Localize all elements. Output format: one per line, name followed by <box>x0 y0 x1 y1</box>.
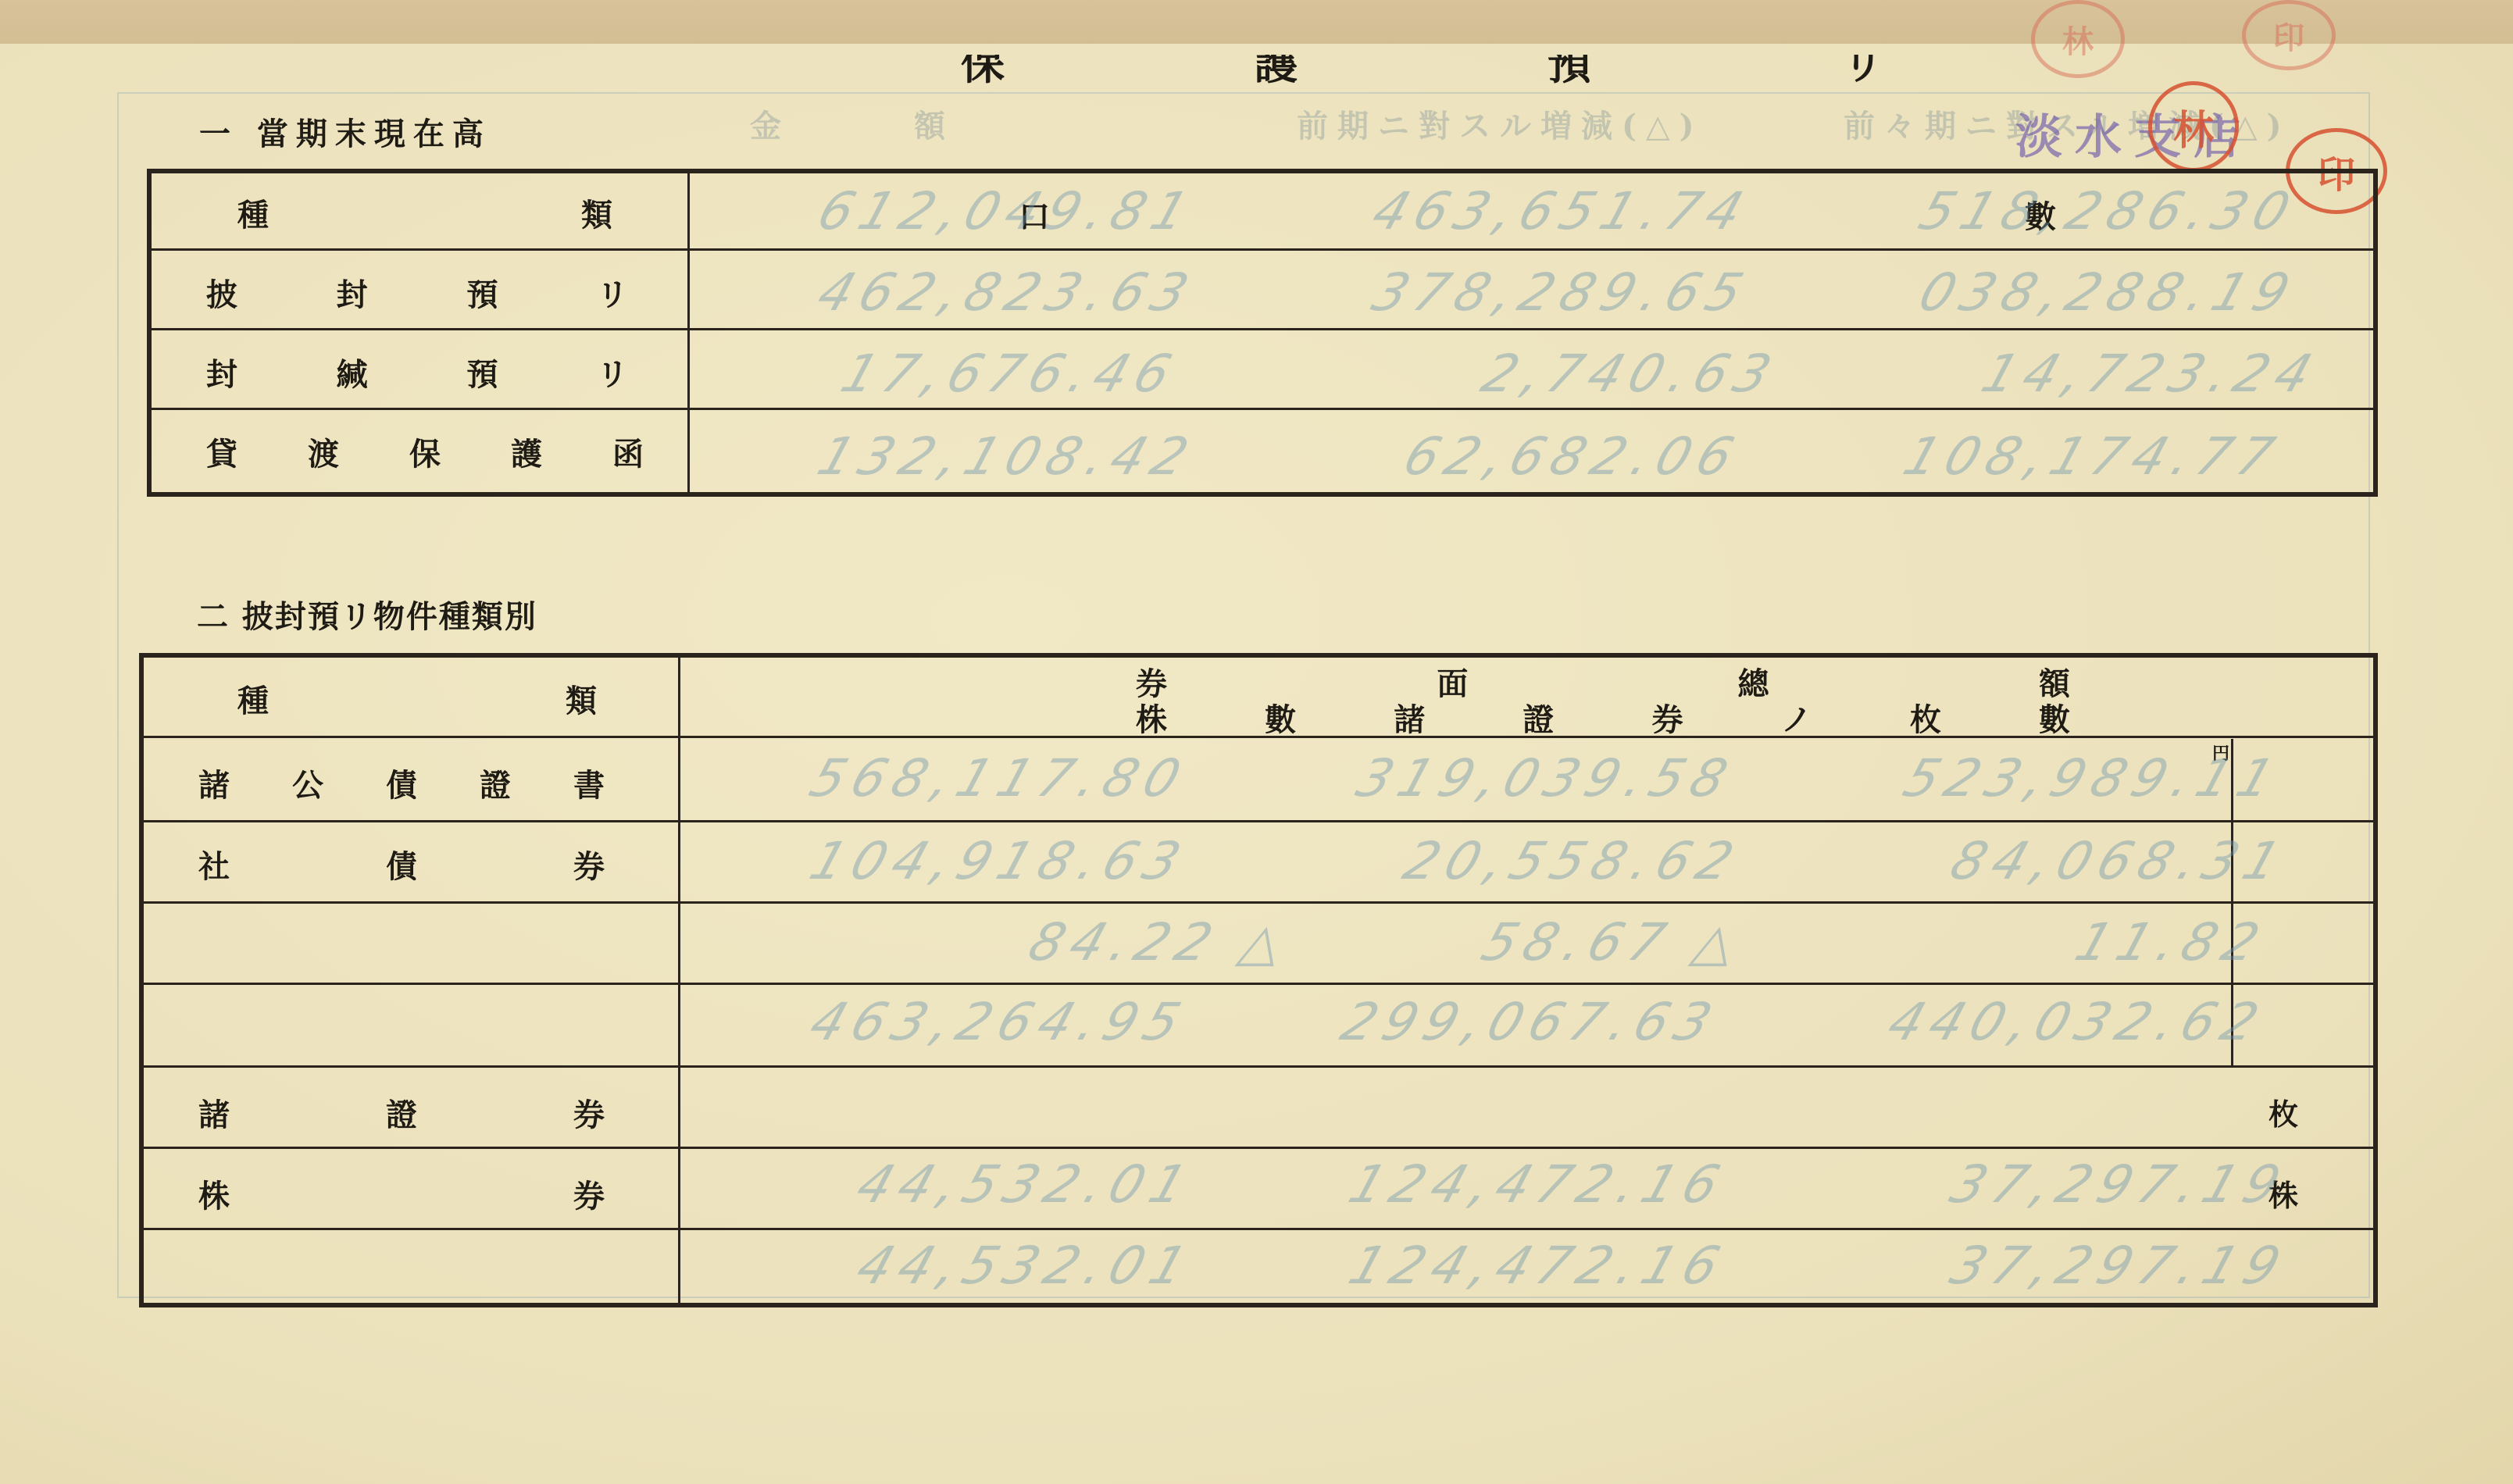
header-char: 數 <box>2039 695 2070 740</box>
section2-header-line2: 株 數 諸 證 券 ノ 枚 數 <box>1136 695 2070 740</box>
label-char: 證 <box>386 1090 417 1135</box>
row-divider <box>152 328 2373 330</box>
label-char: 債 <box>386 761 417 805</box>
showthrough-value: 132,108.42 <box>810 426 1203 487</box>
label-char: 貸 <box>206 430 237 474</box>
label-char: 護 <box>511 430 542 474</box>
header-char: ノ <box>1781 695 1812 740</box>
showthrough-value: 463,651.74 <box>1365 181 1758 241</box>
faint-seal-stamp: 林 <box>2031 0 2125 78</box>
section1-row-label: 披 封 預 リ <box>206 270 628 315</box>
showthrough-value: 463,264.95 <box>802 992 1195 1052</box>
row-divider <box>144 901 2373 904</box>
showthrough-value: 038,288.19 <box>1912 262 2304 323</box>
showthrough-value: 20,558.62 <box>1396 831 1748 891</box>
section2-row-label: 社 債 券 <box>198 842 605 886</box>
showthrough-value: 523,989.11 <box>1896 748 2289 808</box>
section2-row-label: 諸 證 券 <box>198 1090 605 1135</box>
row-divider <box>144 1065 2373 1068</box>
label-char: 書 <box>573 761 605 805</box>
row-divider <box>144 983 2373 985</box>
showthrough-header-prev-period: 前期ニ對スル増減(△) <box>1297 102 1704 146</box>
label-char: 公 <box>292 761 323 805</box>
label-char: 社 <box>198 842 230 886</box>
header-char: 券 <box>1652 695 1683 740</box>
underlying-page-edge <box>0 0 2513 45</box>
header-char: 證 <box>1522 695 1554 740</box>
unit-sheets-label: 枚 <box>2268 1090 2298 1133</box>
label-char: 函 <box>612 430 644 474</box>
showthrough-value: 612,049.81 <box>810 181 1203 241</box>
showthrough-value: 84.22 △ <box>1021 912 1299 972</box>
row-divider <box>144 1147 2373 1149</box>
label-char: 券 <box>573 842 605 886</box>
label-char: 保 <box>409 430 441 474</box>
header-char: 數 <box>1265 695 1296 740</box>
showthrough-value: 17,676.46 <box>834 344 1186 404</box>
section1-heading: 一 當期末現在高 <box>199 109 491 154</box>
showthrough-value: 462,823.63 <box>810 262 1203 323</box>
label-char: 券 <box>573 1090 605 1135</box>
showthrough-value: 124,472.16 <box>1341 1154 1734 1215</box>
row-divider <box>144 1228 2373 1230</box>
showthrough-value: 124,472.16 <box>1341 1236 1734 1296</box>
section2-row-label: 株 券 <box>198 1172 605 1216</box>
showthrough-value: 44,532.01 <box>849 1236 1201 1296</box>
section1-row-label: 貸 渡 保 護 函 <box>206 430 644 474</box>
row-divider <box>152 248 2373 251</box>
header-char: 諸 <box>1394 695 1425 740</box>
showthrough-value: 37,297.19 <box>1943 1236 2295 1296</box>
label-char: 株 <box>198 1172 230 1216</box>
label-char: リ <box>597 270 628 315</box>
section1-column-divider <box>687 173 690 492</box>
showthrough-value: 2,740.63 <box>1474 344 1786 404</box>
showthrough-value: 14,723.24 <box>1974 344 2326 404</box>
label-char: 披 <box>206 270 237 315</box>
showthrough-value: 62,682.06 <box>1396 426 1748 487</box>
showthrough-value: 58.67 △ <box>1474 912 1752 972</box>
label-char: 諸 <box>198 761 230 805</box>
label-char: 券 <box>573 1172 605 1216</box>
showthrough-header-amount: 金 額 <box>750 102 969 146</box>
faint-seal-stamp-2: 印 <box>2242 0 2336 70</box>
red-seal-stamp: 林 <box>2148 81 2239 172</box>
showthrough-value: 568,117.80 <box>802 748 1195 808</box>
header-char: 株 <box>1136 695 1167 740</box>
label-char: 證 <box>480 761 511 805</box>
showthrough-value: 378,289.65 <box>1365 262 1758 323</box>
row-divider <box>152 408 2373 410</box>
showthrough-value: 104,918.63 <box>802 831 1195 891</box>
showthrough-value: 11.82 <box>2068 912 2274 972</box>
showthrough-value: 299,067.63 <box>1333 992 1726 1052</box>
header-char: 種 <box>237 676 269 721</box>
label-char: 渡 <box>308 430 339 474</box>
label-char: 預 <box>466 270 498 315</box>
showthrough-value: 440,032.62 <box>1880 992 2273 1052</box>
label-char: 緘 <box>337 350 368 394</box>
showthrough-value: 518,286.30 <box>1912 181 2304 241</box>
showthrough-value: 44,532.01 <box>849 1154 1201 1215</box>
section2-header-type: 種 類 <box>237 676 597 721</box>
label-char: リ <box>597 350 628 394</box>
header-char: 枚 <box>1910 695 1941 740</box>
showthrough-value: 108,174.77 <box>1896 426 2289 487</box>
row-divider <box>144 820 2373 822</box>
showthrough-value: 84,068.31 <box>1943 831 2295 891</box>
showthrough-value: 37,297.19 <box>1943 1154 2295 1215</box>
showthrough-value: 319,039.58 <box>1349 748 1742 808</box>
section1-header-type: 種 類 <box>237 191 612 235</box>
label-char: 債 <box>386 842 417 886</box>
label-char: 封 <box>206 350 237 394</box>
header-char: 類 <box>581 191 612 235</box>
label-char: 封 <box>337 270 368 315</box>
label-char: 諸 <box>198 1090 230 1135</box>
label-char: 預 <box>466 350 498 394</box>
header-char: 類 <box>566 676 597 721</box>
section2-row-label: 諸 公 債 證 書 <box>198 761 605 805</box>
section1-row-label: 封 緘 預 リ <box>206 350 628 394</box>
section2-column-divider <box>678 658 680 1303</box>
header-char: 種 <box>237 191 269 235</box>
section2-heading: 二 披封預リ物件種類別 <box>197 592 537 637</box>
